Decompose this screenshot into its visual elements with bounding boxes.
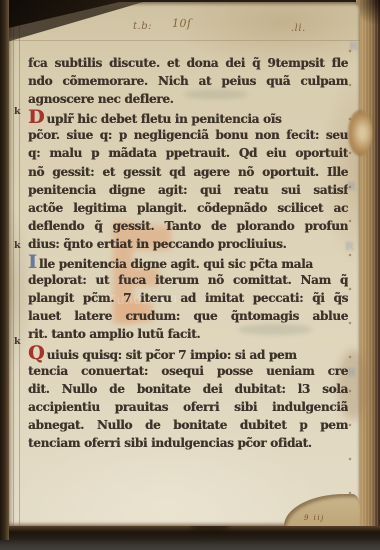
text-line-content: uiuis quisq: sit pc̃or 7 impio: si ad pe… [47, 348, 297, 362]
binding-gutter [0, 0, 9, 540]
header-annotation-left: t.b: [133, 21, 152, 32]
text-line: nõ gessit: et gessit qd agere nõ oportui… [28, 163, 348, 181]
text-line: actõe legitima plangit. cõdepnãdo scilic… [28, 199, 348, 217]
margin-guide-letter-2: k [14, 240, 21, 251]
text-line: deplorat: ut fuca iterum nõ comittat. Na… [28, 271, 348, 289]
rubricated-initial-D: D [28, 106, 44, 128]
ruling-line-horizontal [8, 40, 360, 41]
text-line: agnoscere nec deflere. [28, 90, 348, 108]
ruling-line-vertical-1 [13, 2, 14, 526]
text-line: Quiuis quisq: sit pc̃or 7 impio: si ad p… [28, 344, 348, 362]
text-line: Duplr̃ hic debet fletu in penitencia oĩs [28, 108, 348, 126]
text-line: dit. Nullo de bonitate dei dubitat: l3 s… [28, 380, 348, 398]
text-line: dius: q̃nto ertiat in peccando procliuiu… [28, 235, 348, 253]
quire-signature: 9 iij [304, 514, 325, 522]
margin-guide-letter-1: k [14, 106, 21, 117]
text-line: lauet latere crudum: que q̃ntomagis ablu… [28, 307, 348, 325]
text-line: penitencia digne agit: qui reatu sui sat… [28, 181, 348, 199]
text-line: accipientiu prauitas oferri sibi indulge… [28, 398, 348, 416]
margin-guide-letter-3: k [14, 336, 21, 347]
text-line: ndo cõmemorare. Nich at peius quã culpam [28, 72, 348, 90]
text-line: Ille penitencia digne agit. qui sic pc̃t… [28, 253, 348, 271]
verso-blue-mark-2: R [347, 180, 359, 195]
manuscript-photo: R R R R Fundación t.b: 10ſ .li. k k k fc… [0, 0, 380, 550]
text-line: tencia conuertat: osequi posse ueniam cr… [28, 362, 348, 380]
text-line: q: malu p mãdata ppetrauit. Qd eiu oport… [28, 144, 348, 162]
text-line-content: uplr̃ hic debet fletu in penitencia oĩs [46, 112, 281, 126]
header-annotation-right: .li. [291, 23, 306, 34]
text-line: rit. tanto amplio lutũ facit. [28, 325, 348, 343]
text-line-content: lle penitencia digne agit. qui sic pc̃ta… [39, 257, 313, 271]
text-line: pc̃or. siue q: p negligenciã bonu non fe… [28, 126, 348, 144]
header-folio-number: 10ſ [172, 17, 192, 30]
rubricated-initial-Q: Q [28, 342, 45, 364]
rubricated-initial-I: I [28, 251, 37, 273]
text-line: fca subtilis discute. et dona dei q̃ 9te… [28, 54, 348, 72]
text-line: tenciam oferri sibi indulgencias pc̃or o… [28, 434, 348, 452]
text-line: deflendo q̃ gessit. Tanto de plorando pr… [28, 217, 348, 235]
book-bottom-board [0, 526, 380, 550]
verso-blue-mark-1: R [349, 40, 361, 55]
text-block: fca subtilis discute. et dona dei q̃ 9te… [28, 54, 348, 452]
text-line: abnegat. Nullo de bonitate dubitet p pem [28, 416, 348, 434]
text-line: plangit pc̃m. 7 iteru ad imitat peccati:… [28, 289, 348, 307]
manuscript-page: R R R R Fundación t.b: 10ſ .li. k k k fc… [8, 2, 360, 526]
verso-blue-mark-4: R [347, 366, 359, 381]
ruling-line-vertical-2 [19, 2, 20, 526]
parchment-damage-spot [348, 110, 372, 156]
